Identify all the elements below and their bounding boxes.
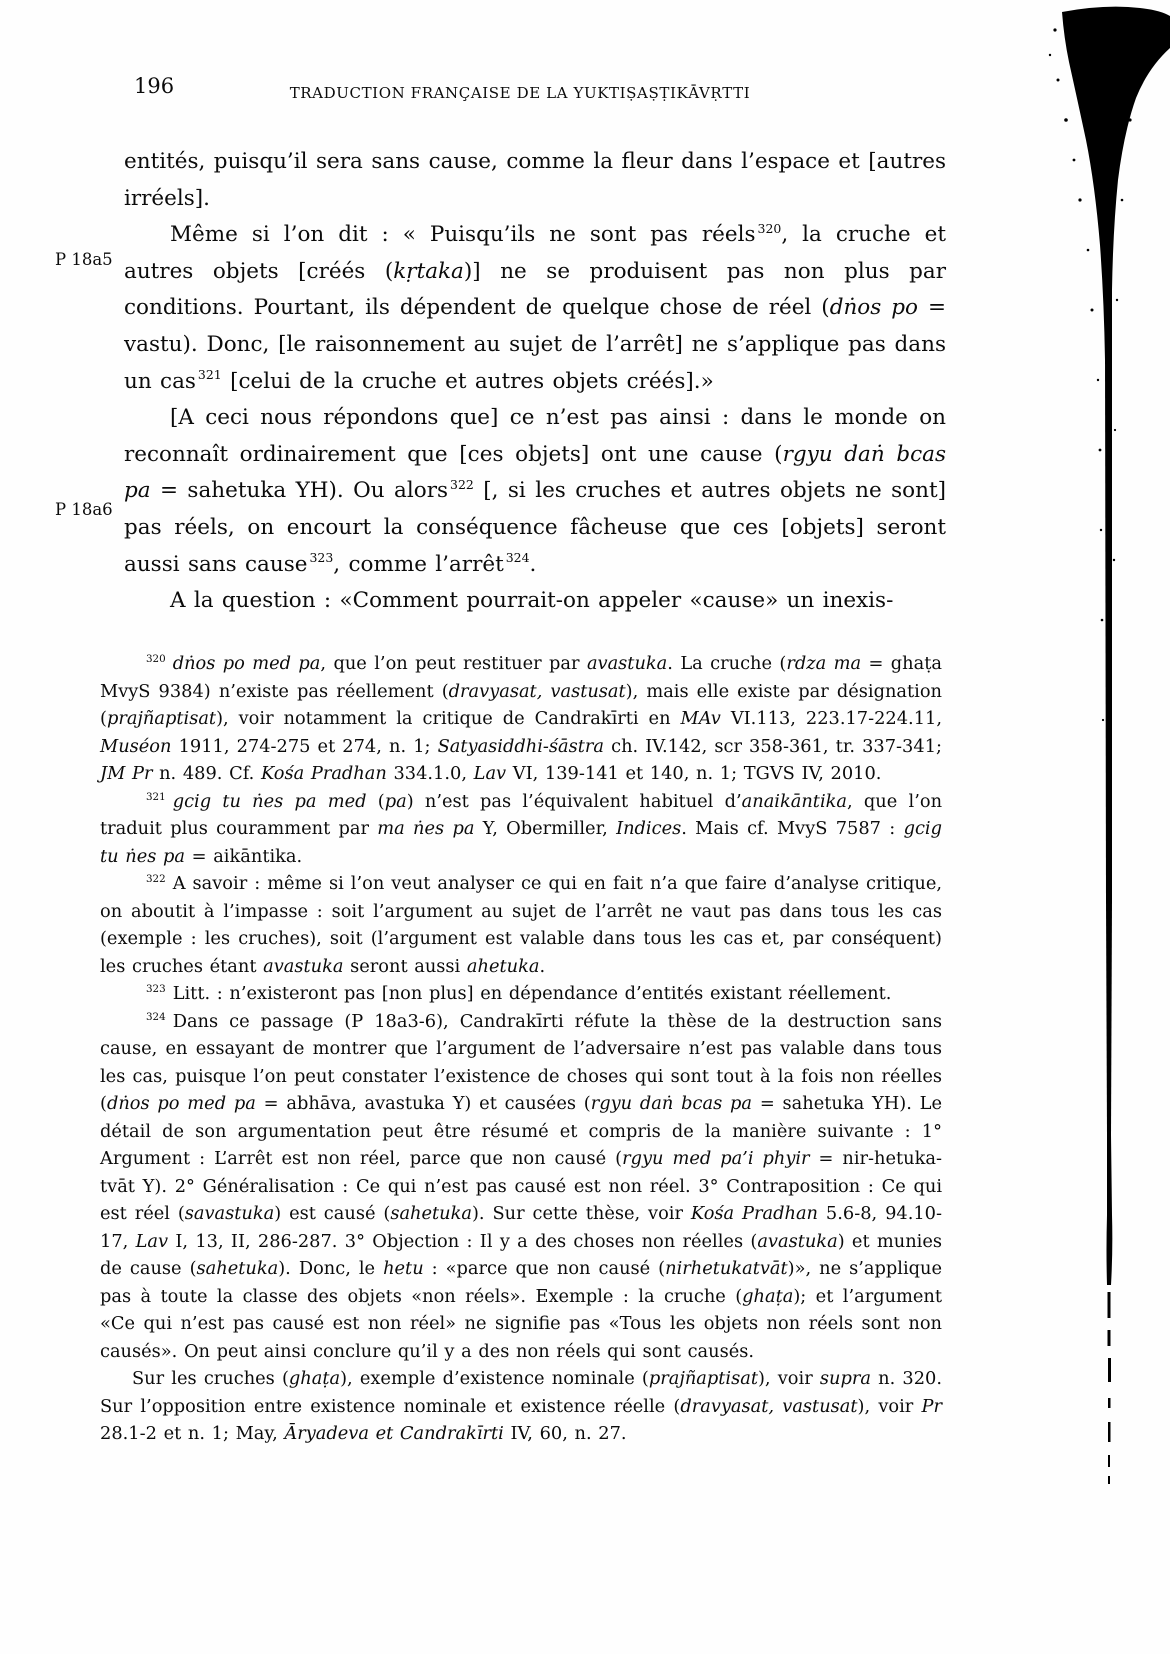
footnote-number-324: 324 bbox=[146, 1011, 166, 1023]
body-paragraph-2: Même si l’on dit : « Puisqu’ils ne sont … bbox=[124, 217, 946, 400]
scanned-page: 196 TRADUCTION FRANÇAISE DE LA YUKTIṢAṢṬ… bbox=[0, 0, 1170, 1654]
running-title: TRADUCTION FRANÇAISE DE LA YUKTIṢAṢṬIKĀV… bbox=[125, 84, 915, 102]
footnote-321: 321gcig tu ṅes pa med (pa) n’est pas l’é… bbox=[100, 788, 942, 871]
footnote-number-320: 320 bbox=[146, 653, 166, 665]
body-paragraph-1: entités, puisqu’il sera sans cause, comm… bbox=[124, 144, 946, 217]
footnote-text: Sur les cruches (ghaṭa), exemple d’exist… bbox=[100, 1368, 942, 1444]
margin-note-p18a5: P 18a5 bbox=[55, 250, 113, 269]
footnote-text: dṅos po med pa, que l’on peut restituer … bbox=[100, 653, 942, 784]
footnote-323: 323Litt. : n’existeront pas [non plus] e… bbox=[100, 980, 942, 1008]
body-paragraph-3: [A ceci nous répondons que] ce n’est pas… bbox=[124, 400, 946, 583]
footnote-text: Litt. : n’existeront pas [non plus] en d… bbox=[173, 983, 892, 1004]
footnote-number-322: 322 bbox=[146, 873, 166, 885]
footnotes-block: 320dṅos po med pa, que l’on peut restitu… bbox=[100, 650, 942, 1448]
body-paragraph-4: A la question : «Comment pourrait-on app… bbox=[124, 583, 946, 620]
footnote-number-323: 323 bbox=[146, 983, 166, 995]
footnote-text: Dans ce passage (P 18a3-6), Candrakīrti … bbox=[100, 1011, 942, 1362]
footnote-320: 320dṅos po med pa, que l’on peut restitu… bbox=[100, 650, 942, 788]
footnote-324-continuation: Sur les cruches (ghaṭa), exemple d’exist… bbox=[100, 1365, 942, 1448]
body-text: entités, puisqu’il sera sans cause, comm… bbox=[124, 144, 946, 620]
footnote-322: 322A savoir : même si l’on veut analyser… bbox=[100, 870, 942, 980]
footnote-text: gcig tu ṅes pa med (pa) n’est pas l’équi… bbox=[100, 791, 942, 867]
margin-note-p18a6: P 18a6 bbox=[55, 500, 113, 519]
footnote-324: 324Dans ce passage (P 18a3-6), Candrakīr… bbox=[100, 1008, 942, 1366]
footnote-number-321: 321 bbox=[146, 791, 166, 803]
binding-shadow-artifact bbox=[1000, 0, 1170, 1654]
footnote-text: A savoir : même si l’on veut analyser ce… bbox=[100, 873, 942, 977]
